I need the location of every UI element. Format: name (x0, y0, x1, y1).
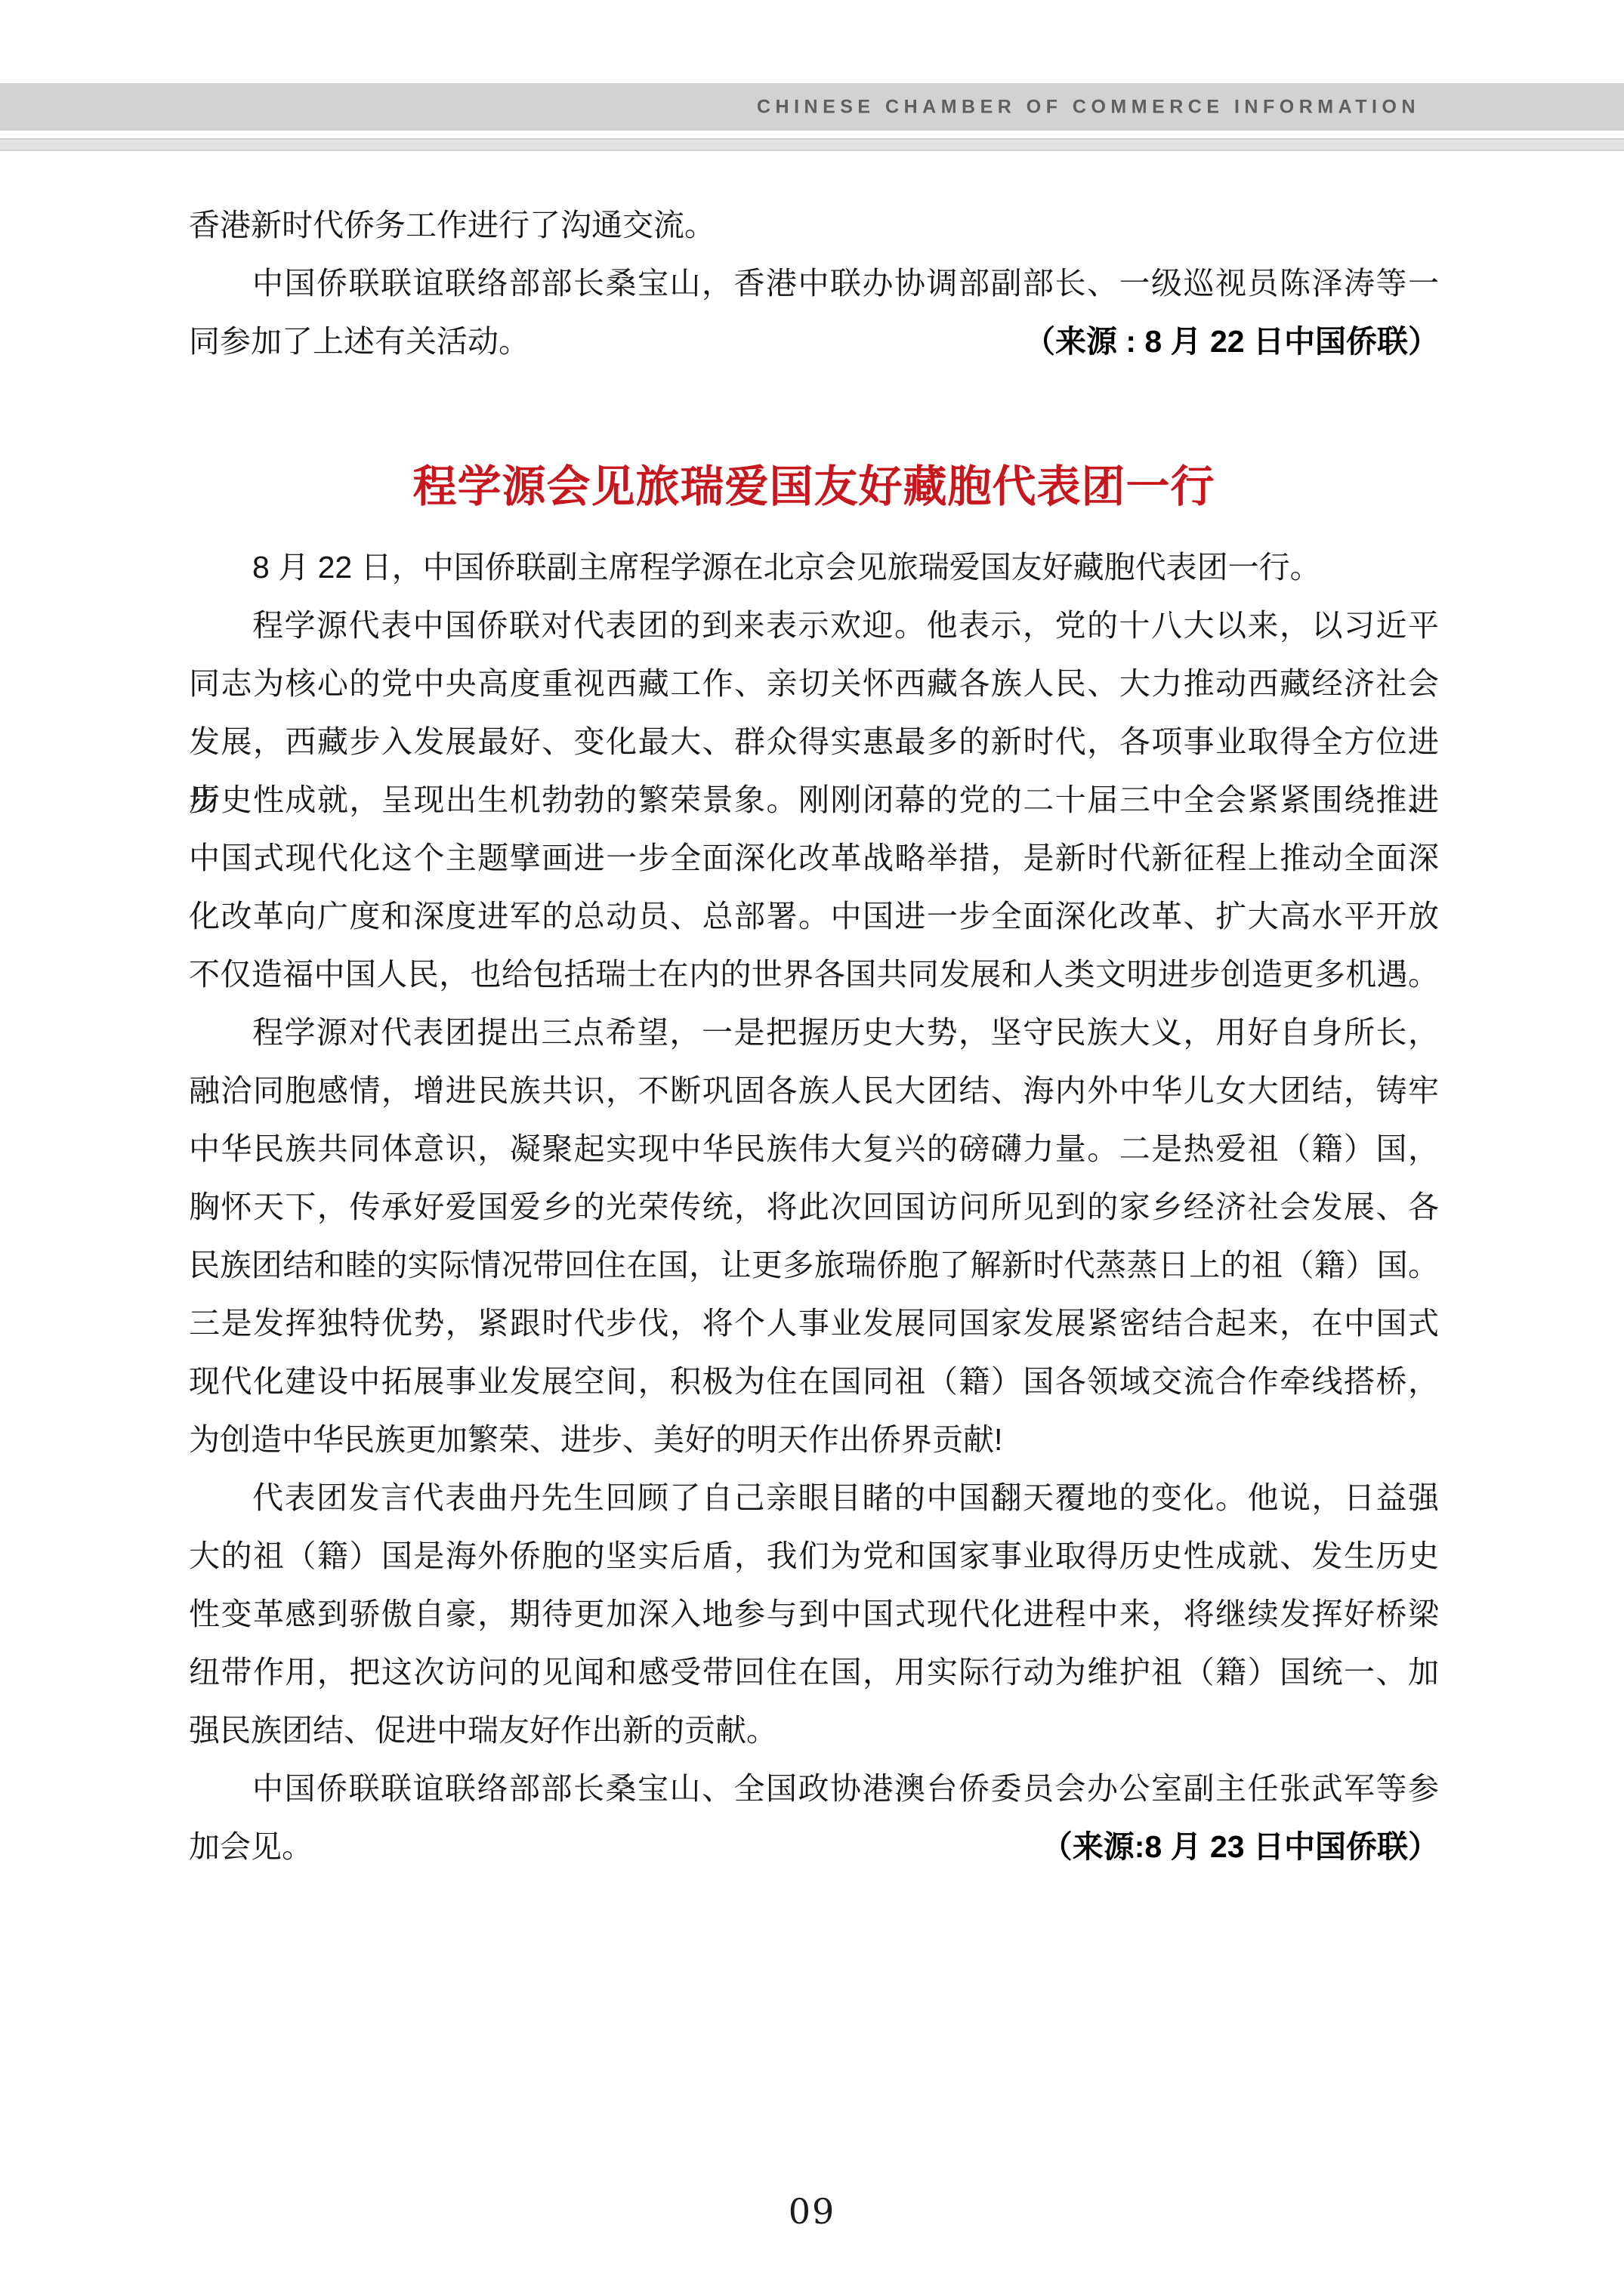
text-line: 三是发挥独特优势，紧跟时代步伐，将个人事业发展同国家发展紧密结合起来，在中国式 (189, 1295, 1439, 1353)
text-line: 不仅造福中国人民，也给包括瑞士在内的世界各国共同发展和人类文明进步创造更多机遇。 (189, 946, 1439, 1004)
page-number: 09 (0, 2192, 1624, 2231)
header-stripe (0, 138, 1624, 151)
text-line: 发展，西藏步入发展最好、变化最大、群众得实惠最多的新时代，各项事业取得全方位进步… (189, 713, 1439, 771)
text-line: 中华民族共同体意识，凝聚起实现中华民族伟大复兴的磅礴力量。二是热爱祖（籍）国， (189, 1120, 1439, 1178)
text-line: 同参加了上述有关活动。（来源 : 8 月 22 日中国侨联） (189, 313, 1439, 371)
text-line: 中国侨联联谊联络部部长桑宝山、全国政协港澳台侨委员会办公室副主任张武军等参 (189, 1760, 1439, 1818)
text-line: 融洽同胞感情，增进民族共识，不断巩固各族人民大团结、海内外中华儿女大团结，铸牢 (189, 1062, 1439, 1120)
text-line: 纽带作用，把这次访问的见闻和感受带回住在国，用实际行动为维护祖（籍）国统一、加 (189, 1643, 1439, 1702)
text-line: 中国侨联联谊联络部部长桑宝山，香港中联办协调部副部长、一级巡视员陈泽涛等一 (189, 255, 1439, 313)
header-banner: CHINESE CHAMBER OF COMMERCE INFORMATION (0, 83, 1624, 131)
text-line: 8 月 22 日，中国侨联副主席程学源在北京会见旅瑞爱国友好藏胞代表团一行。 (189, 539, 1439, 597)
text-line: 程学源代表中国侨联对代表团的到来表示欢迎。他表示，党的十八大以来，以习近平 (189, 597, 1439, 655)
article-area: 香港新时代侨务工作进行了沟通交流。中国侨联联谊联络部部长桑宝山，香港中联办协调部… (189, 196, 1439, 1876)
text-line: 香港新时代侨务工作进行了沟通交流。 (189, 196, 1439, 255)
text-line: 民族团结和睦的实际情况带回住在国，让更多旅瑞侨胞了解新时代蒸蒸日上的祖（籍）国。 (189, 1236, 1439, 1295)
source-citation: （来源 : 8 月 22 日中国侨联） (1024, 313, 1439, 371)
text-line: 现代化建设中拓展事业发展空间，积极为住在国同祖（籍）国各领域交流合作牵线搭桥， (189, 1353, 1439, 1411)
article: 程学源会见旅瑞爱国友好藏胞代表团一行8 月 22 日，中国侨联副主席程学源在北京… (189, 457, 1439, 1876)
text-line: 化改革向广度和深度进军的总动员、总部署。中国进一步全面深化改革、扩大高水平开放 (189, 887, 1439, 946)
article: 香港新时代侨务工作进行了沟通交流。中国侨联联谊联络部部长桑宝山，香港中联办协调部… (189, 196, 1439, 371)
text-line: 代表团发言代表曲丹先生回顾了自己亲眼目睹的中国翻天覆地的变化。他说，日益强 (189, 1469, 1439, 1527)
text-line: 性变革感到骄傲自豪，期待更加深入地参与到中国式现代化进程中来，将继续发挥好桥梁 (189, 1585, 1439, 1643)
text-line: 中国式现代化这个主题擘画进一步全面深化改革战略举措，是新时代新征程上推动全面深 (189, 829, 1439, 887)
text-line: 加会见。（来源:8 月 23 日中国侨联） (189, 1818, 1439, 1876)
text-line: 强民族团结、促进中瑞友好作出新的贡献。 (189, 1702, 1439, 1760)
header-banner-title: CHINESE CHAMBER OF COMMERCE INFORMATION (757, 96, 1420, 118)
text-line-left: 加会见。 (189, 1818, 313, 1876)
text-line: 历史性成就，呈现出生机勃勃的繁荣景象。刚刚闭幕的党的二十届三中全会紧紧围绕推进 (189, 771, 1439, 829)
text-line: 同志为核心的党中央高度重视西藏工作、亲切关怀西藏各族人民、大力推动西藏经济社会 (189, 655, 1439, 713)
text-line: 程学源对代表团提出三点希望，一是把握历史大势，坚守民族大义，用好自身所长， (189, 1004, 1439, 1062)
text-line: 胸怀天下，传承好爱国爱乡的光荣传统，将此次回国访问所见到的家乡经济社会发展、各 (189, 1178, 1439, 1236)
article-title: 程学源会见旅瑞爱国友好藏胞代表团一行 (189, 457, 1439, 517)
text-line: 大的祖（籍）国是海外侨胞的坚实后盾，我们为党和国家事业取得历史性成就、发生历史 (189, 1527, 1439, 1585)
text-line: 为创造中华民族更加繁荣、进步、美好的明天作出侨界贡献! (189, 1411, 1439, 1469)
text-line-left: 同参加了上述有关活动。 (189, 313, 529, 371)
source-citation: （来源:8 月 23 日中国侨联） (1042, 1818, 1439, 1876)
